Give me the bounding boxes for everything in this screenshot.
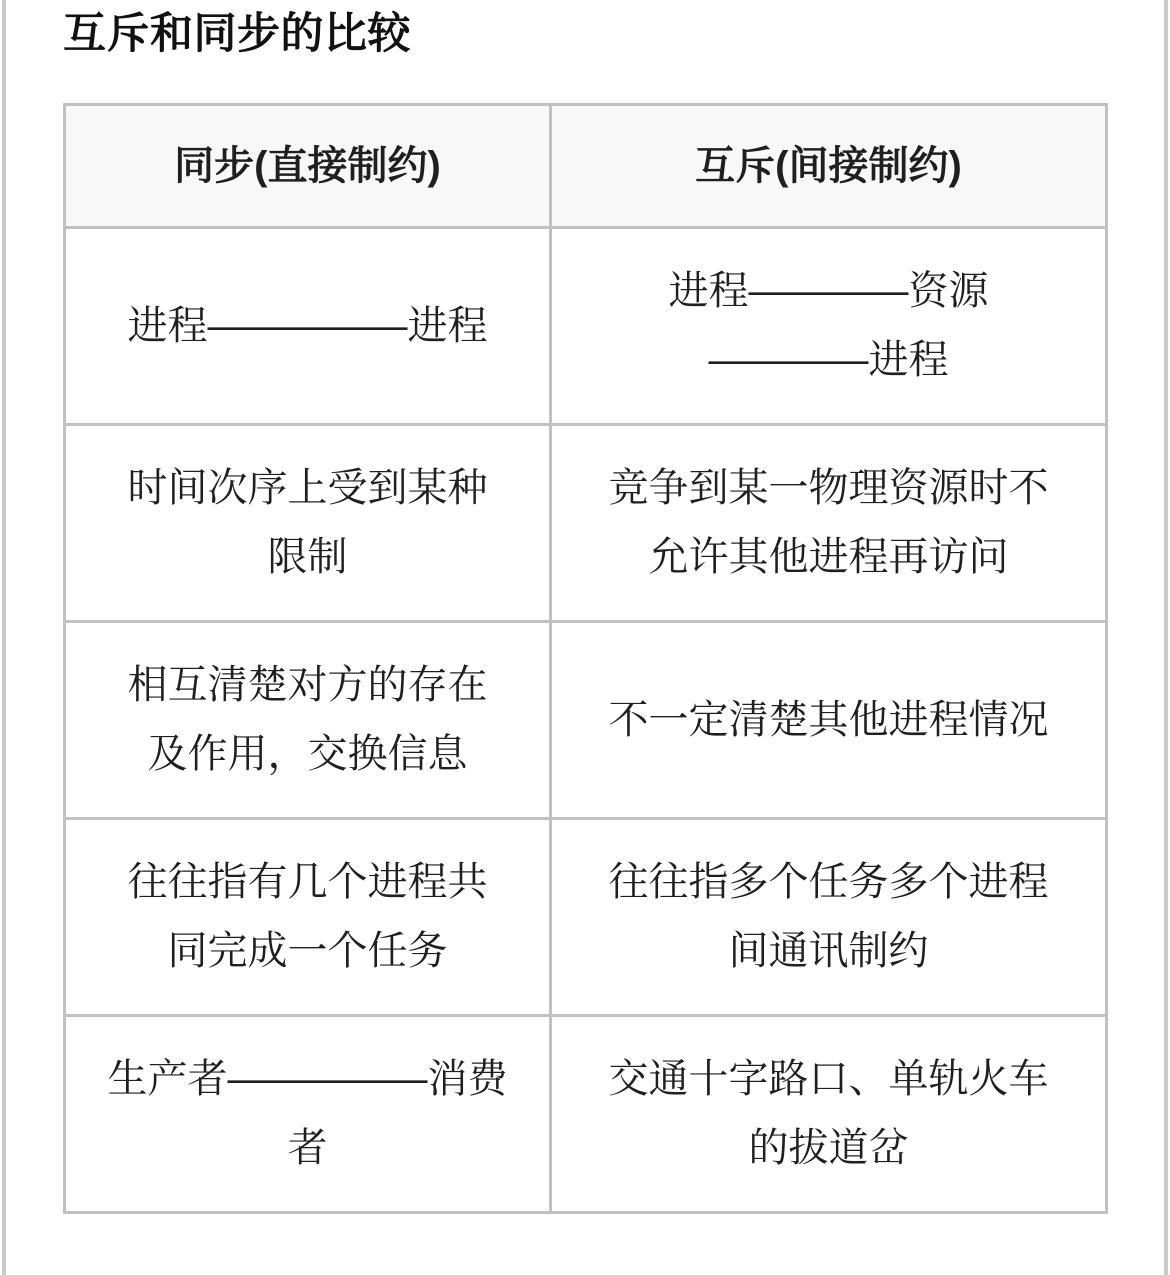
cell-line: 生产者—————消费 — [86, 1045, 529, 1114]
cell-mutex-example: 交通十字路口、单轨火车 的拔道岔 — [551, 1016, 1107, 1213]
cell-mutex-task: 往往指多个任务多个进程 间通讯制约 — [551, 819, 1107, 1016]
cell-mutex-relationship: 进程————资源 ————进程 — [551, 228, 1107, 425]
cell-line: 限制 — [86, 523, 529, 592]
cell-line: 者 — [86, 1114, 529, 1183]
cell-line: 的拔道岔 — [572, 1114, 1085, 1183]
cell-sync-awareness: 相互清楚对方的存在 及作用，交换信息 — [65, 622, 551, 819]
table-row: 进程—————进程 进程————资源 ————进程 — [65, 228, 1107, 425]
cell-sync-relationship: 进程—————进程 — [65, 228, 551, 425]
cell-sync-constraint: 时间次序上受到某种 限制 — [65, 425, 551, 622]
page: 互斥和同步的比较 同步(直接制约) 互斥(间接制约) 进程—————进程 — [0, 0, 1170, 1275]
table-row: 生产者—————消费 者 交通十字路口、单轨火车 的拔道岔 — [65, 1016, 1107, 1213]
cell-line: 及作用，交换信息 — [86, 720, 529, 789]
cell-line: 相互清楚对方的存在 — [86, 651, 529, 720]
cell-line: 时间次序上受到某种 — [86, 454, 529, 523]
page-title: 互斥和同步的比较 — [63, 6, 1107, 62]
cell-line: 往往指有几个进程共 — [86, 848, 529, 917]
cell-mutex-awareness: 不一定清楚其他进程情况 — [551, 622, 1107, 819]
cell-line: 往往指多个任务多个进程 — [572, 848, 1085, 917]
cell-line: 竞争到某一物理资源时不 — [572, 454, 1085, 523]
cell-sync-task: 往往指有几个进程共 同完成一个任务 — [65, 819, 551, 1016]
page-right-border-line — [1164, 0, 1168, 1275]
comparison-table: 同步(直接制约) 互斥(间接制约) 进程—————进程 进程————资源 ———… — [63, 103, 1108, 1214]
cell-line: 允许其他进程再访问 — [572, 523, 1085, 592]
table-row: 相互清楚对方的存在 及作用，交换信息 不一定清楚其他进程情况 — [65, 622, 1107, 819]
column-header-mutex: 互斥(间接制约) — [551, 105, 1107, 228]
table-row: 时间次序上受到某种 限制 竞争到某一物理资源时不 允许其他进程再访问 — [65, 425, 1107, 622]
cell-line: 同完成一个任务 — [86, 917, 529, 986]
column-header-sync: 同步(直接制约) — [65, 105, 551, 228]
page-left-border-line — [2, 0, 6, 1275]
cell-line: ————进程 — [572, 326, 1085, 395]
table-header-row: 同步(直接制约) 互斥(间接制约) — [65, 105, 1107, 228]
cell-line: 进程—————进程 — [86, 292, 529, 361]
cell-line: 不一定清楚其他进程情况 — [572, 686, 1085, 755]
cell-mutex-constraint: 竞争到某一物理资源时不 允许其他进程再访问 — [551, 425, 1107, 622]
article-content: 互斥和同步的比较 同步(直接制约) 互斥(间接制约) 进程—————进程 — [0, 0, 1170, 1214]
table-row: 往往指有几个进程共 同完成一个任务 往往指多个任务多个进程 间通讯制约 — [65, 819, 1107, 1016]
cell-line: 间通讯制约 — [572, 917, 1085, 986]
cell-line: 交通十字路口、单轨火车 — [572, 1045, 1085, 1114]
cell-sync-example: 生产者—————消费 者 — [65, 1016, 551, 1213]
cell-line: 进程————资源 — [572, 257, 1085, 326]
